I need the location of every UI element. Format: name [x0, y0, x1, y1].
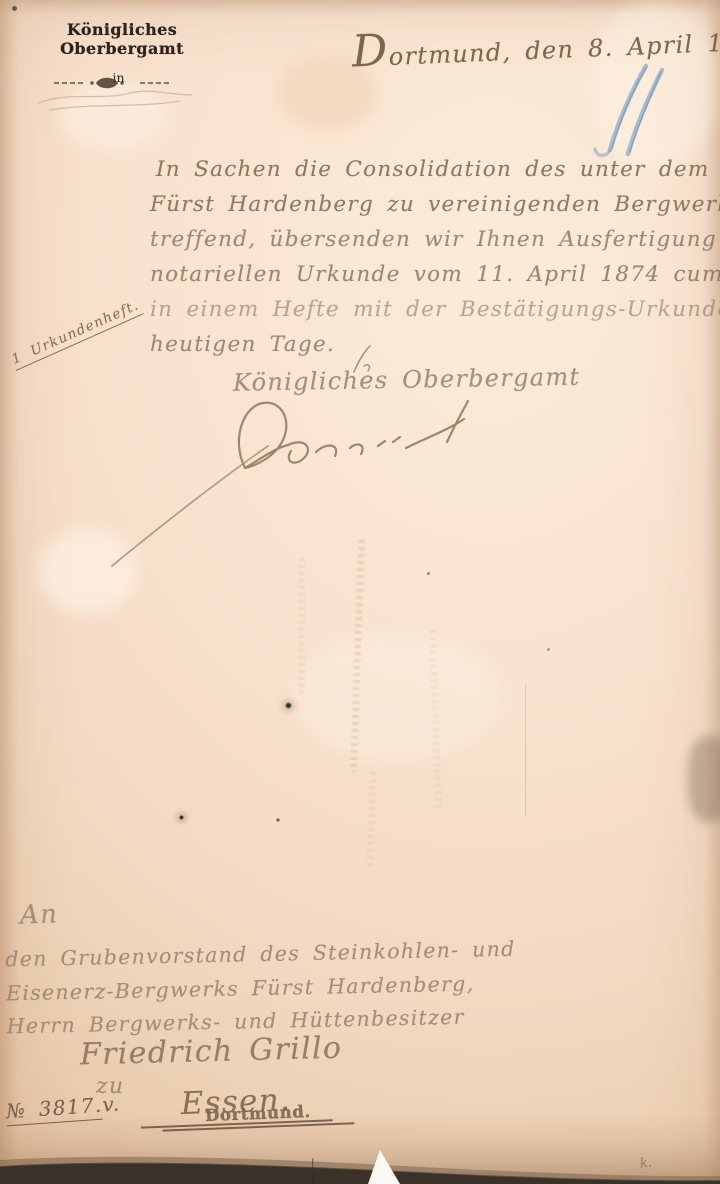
- blue-crayon-mark: [588, 58, 688, 163]
- place-name: Essen.: [139, 1080, 332, 1128]
- pencil-annotation: [30, 83, 200, 115]
- paper-stain: [276, 818, 280, 822]
- bottom-edge-shadow: [0, 1140, 720, 1184]
- margin-note: 1 Urkundenheft.: [8, 297, 144, 371]
- paper-edge-shading: [0, 0, 720, 14]
- recipient-name: Friedrich Grillo: [80, 1031, 343, 1073]
- body-line: In Sachen die Consolidation des unter de…: [150, 152, 720, 187]
- address-block: den Grubenvorstand des Steinkohlen- und …: [5, 933, 517, 1044]
- document-page: Königliches Oberbergamt inDortmund. Dort…: [0, 0, 720, 1184]
- paper-stain: [547, 648, 550, 651]
- file-number: № 3817.v.: [5, 1093, 103, 1127]
- body-line: Fürst Hardenberg zu vereinigenden Bergwe…: [150, 187, 720, 222]
- paper-stain: [285, 702, 292, 709]
- letterhead-line1: Königliches Oberbergamt: [22, 20, 222, 58]
- paper-blotch: [292, 632, 502, 762]
- paper-crease: [525, 684, 526, 816]
- body-line: notariellen Urkunde vom 11. April 1874 c…: [150, 257, 720, 292]
- body-line: in einem Hefte mit der Bestätigungs-Urku…: [150, 292, 720, 327]
- body-line: heutigen Tage.: [150, 327, 720, 362]
- ink-bleedthrough: [429, 630, 442, 810]
- paper-stain: [12, 6, 17, 11]
- letter-body: In Sachen die Consolidation des unter de…: [150, 152, 720, 362]
- body-line: treffend, übersenden wir Ihnen Ausfertig…: [150, 222, 720, 257]
- ink-bleedthrough: [366, 772, 376, 868]
- paper-stain: [179, 815, 184, 820]
- address-salutation: An: [19, 899, 58, 930]
- paper-stain: [688, 736, 720, 822]
- signature-scribble: [95, 390, 575, 580]
